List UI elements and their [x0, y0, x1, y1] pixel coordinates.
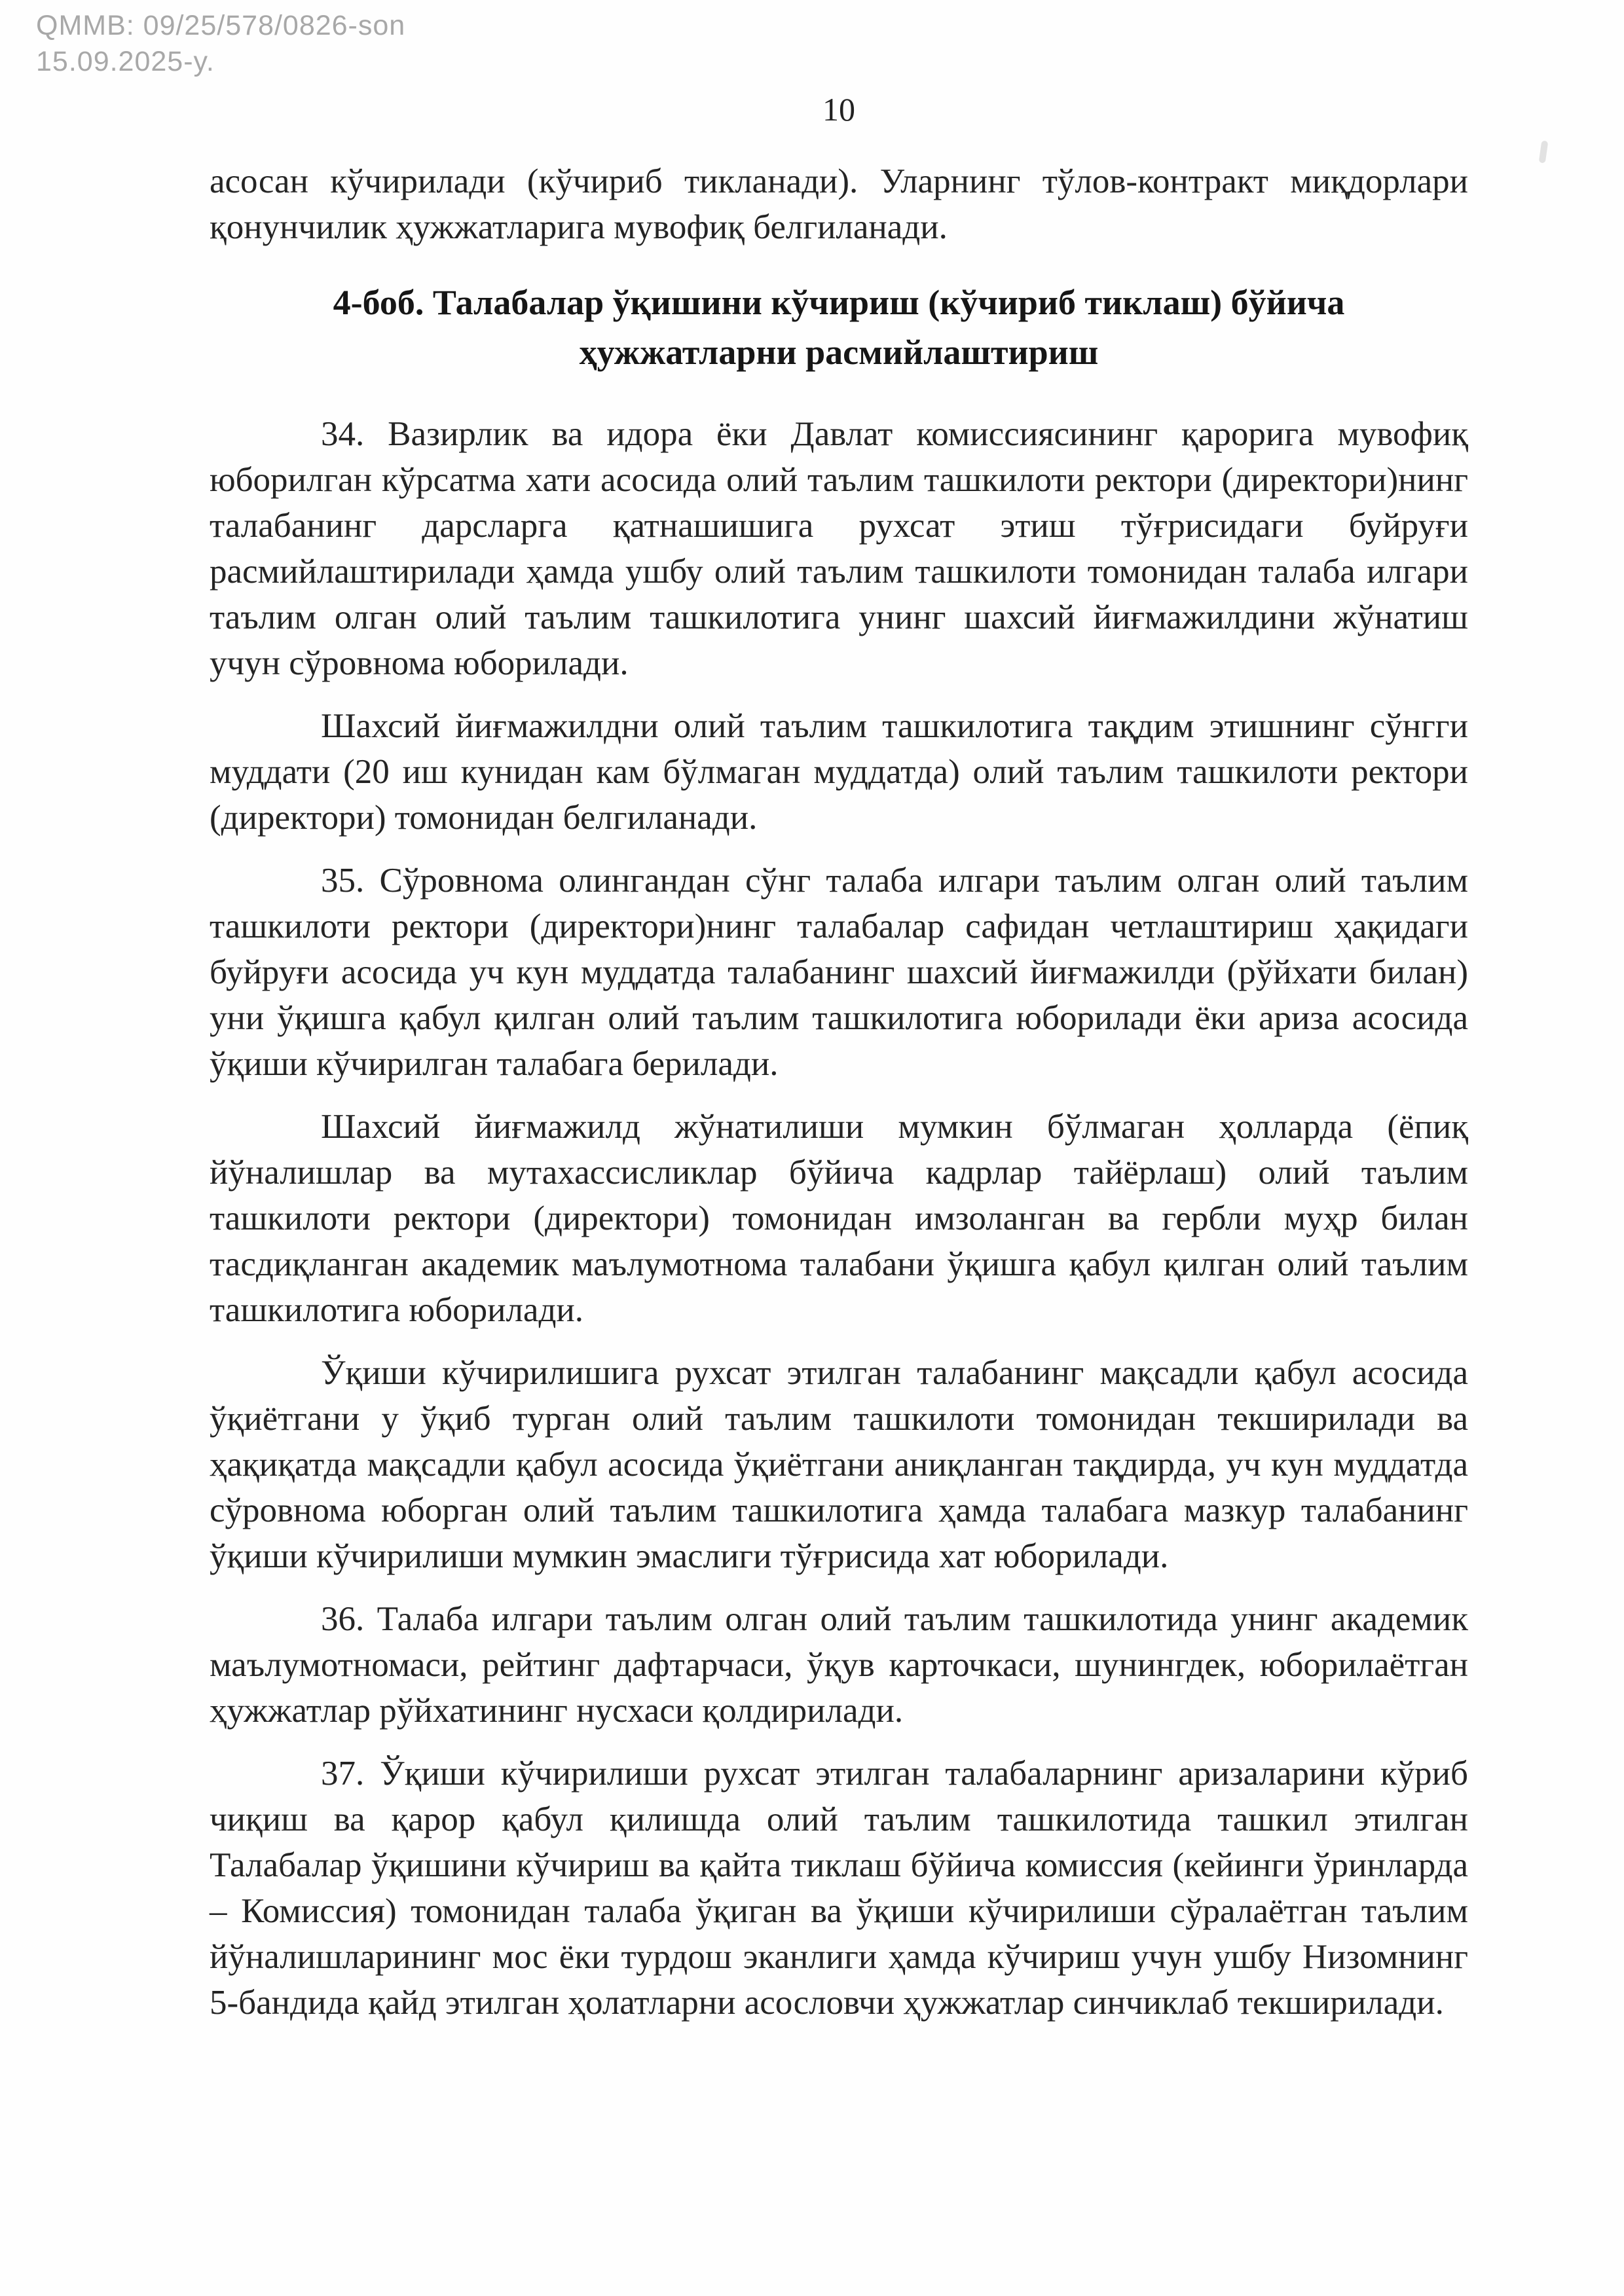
page-number: 10 — [210, 90, 1468, 128]
paragraph-35-sub-2: Ўқиши кўчирилишига рухсат этилган талаба… — [210, 1350, 1468, 1579]
registration-stamp: QMMB: 09/25/578/0826-son 15.09.2025-y. — [36, 8, 405, 80]
document-body: асосан кўчирилади (кўчириб тикланади). У… — [210, 158, 1468, 2043]
paragraph-36: 36. Талаба илгари таълим олган олий таъл… — [210, 1596, 1468, 1734]
paragraph-35-sub-1: Шахсий йиғмажилд жўнатилиши мумкин бўлма… — [210, 1104, 1468, 1333]
paragraph-34-sub: Шахсий йиғмажилдни олий таълим ташкилоти… — [210, 703, 1468, 841]
document-page: QMMB: 09/25/578/0826-son 15.09.2025-y. 1… — [0, 0, 1624, 2296]
chapter-heading: 4-боб. Талабалар ўқишини кўчириш (кўчири… — [299, 278, 1379, 377]
paragraph-37: 37. Ўқиши кўчирилиши рухсат этилган тала… — [210, 1751, 1468, 2026]
stamp-number: QMMB: 09/25/578/0826-son — [36, 8, 405, 44]
paragraph-35: 35. Сўровнома олингандан сўнг талаба илг… — [210, 858, 1468, 1087]
stamp-date: 15.09.2025-y. — [36, 44, 405, 80]
scan-artifact — [1539, 140, 1549, 163]
paragraph-continuation: асосан кўчирилади (кўчириб тикланади). У… — [210, 158, 1468, 250]
paragraph-34: 34. Вазирлик ва идора ёки Давлат комисси… — [210, 411, 1468, 686]
